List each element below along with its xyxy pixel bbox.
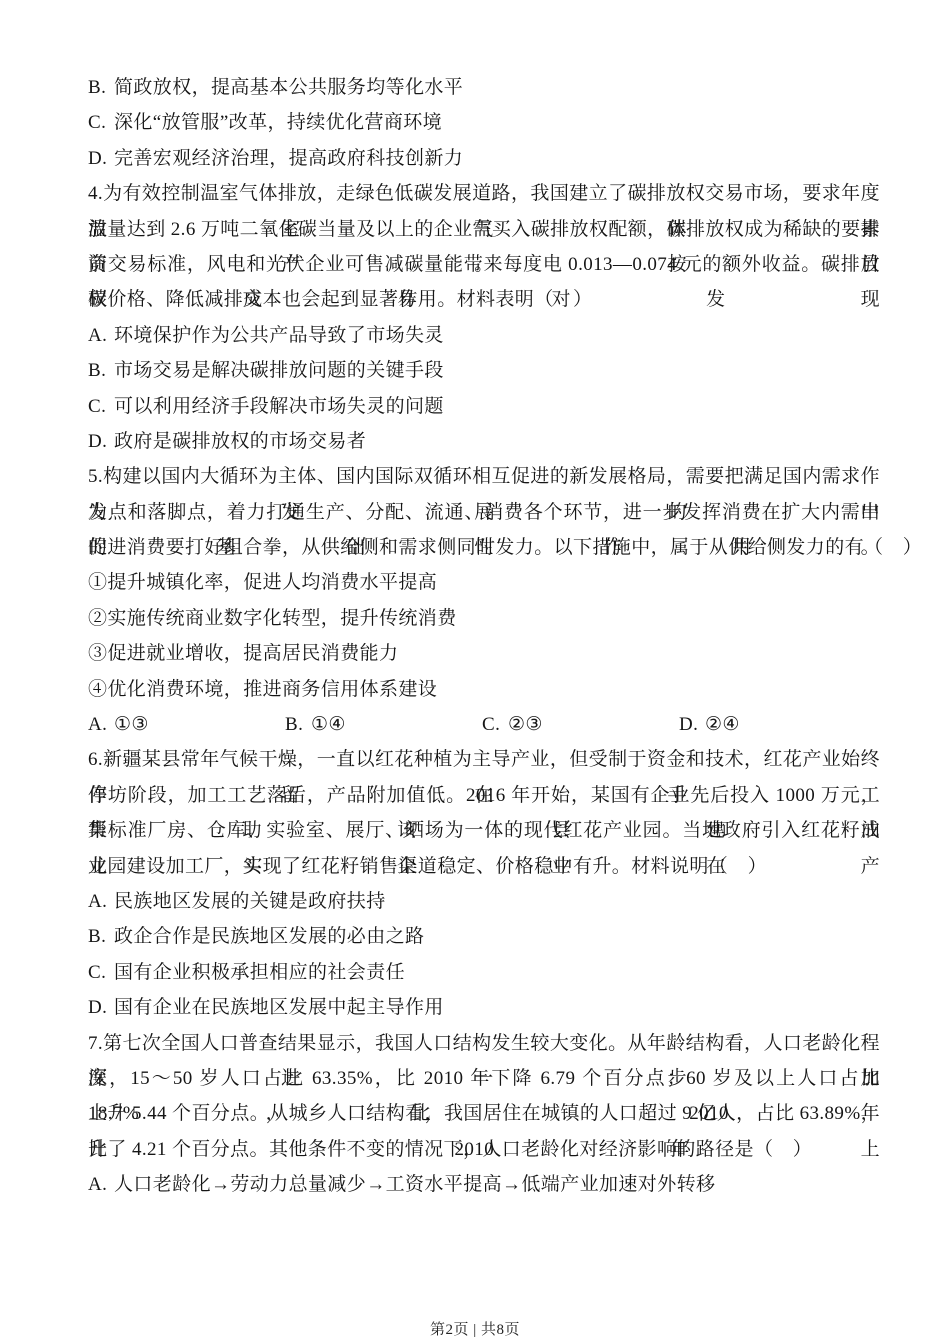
q4-option-b: B.市场交易是解决碳排放问题的关键手段	[88, 353, 880, 388]
q3-option-d: D.完善宏观经济治理，提高政府科技创新力	[88, 141, 880, 176]
q5-choice-row: A.①③ B.①④ C.②③ D.②④	[88, 707, 880, 742]
q6-option-d: D.国有企业在民族地区发展中起主导作用	[88, 990, 880, 1025]
q6-stem-line: 作坊阶段，加工工艺落后，产品附加值低。2016 年开始，某国有企业先后投入 10…	[88, 778, 880, 813]
q3-option-c: C.深化“放管服”改革，持续优化营商环境	[88, 105, 880, 140]
q4-option-c: C.可以利用经济手段解决市场失灵的问题	[88, 389, 880, 424]
option-text: 民族地区发展的关键是政府扶持	[114, 891, 386, 912]
q4-stem-line: 前交易标准，风电和光伏企业可售减碳量能带来每度电 0.013—0.074 元的额…	[88, 247, 880, 282]
q5-stem-line: 促进消费要打好组合拳，从供给侧和需求侧同时发力。以下措施中，属于从供给侧发力的有…	[88, 530, 880, 565]
q7-stem-line: 上升 5.44 个百分点。从城乡人口结构看，我国居住在城镇的人口超过 9 亿人，…	[88, 1096, 880, 1131]
option-text: 国有企业积极承担相应的社会责任	[114, 962, 405, 983]
q4-option-d: D.政府是碳排放权的市场交易者	[88, 424, 880, 459]
option-text: 国有企业在民族地区发展中起主导作用	[114, 997, 444, 1018]
q6-stem-line: 集标准厂房、仓库、实验室、展厅、晒场为一体的现代红花产业园。当地政府引入红花籽油…	[88, 813, 880, 848]
q4-stem-line: 4.为有效控制温室气体排放，走绿色低碳发展道路，我国建立了碳排放权交易市场，要求…	[88, 176, 880, 211]
option-label: B.	[285, 707, 311, 742]
q6-option-c: C.国有企业积极承担相应的社会责任	[88, 955, 880, 990]
q5-choice-c: C.②③	[482, 707, 679, 742]
option-label: B.	[88, 70, 114, 105]
option-label: A.	[88, 707, 114, 742]
q6-option-a: A.民族地区发展的关键是政府扶持	[88, 884, 880, 919]
q6-option-b: B.政企合作是民族地区发展的必由之路	[88, 919, 880, 954]
q7-option-a: A.人口老龄化→劳动力总量减少→工资水平提高→低端产业加速对外转移	[88, 1167, 880, 1202]
option-text: ①③	[114, 714, 149, 735]
option-label: B.	[88, 353, 114, 388]
q6-stem-line: 6.新疆某县常年气候干燥，一直以红花种植为主导产业，但受制于资金和技术，红花产业…	[88, 742, 880, 777]
q5-item-1: ①提升城镇化率，促进人均消费水平提高	[88, 565, 880, 600]
option-label: C.	[88, 389, 114, 424]
q7-stem-line: 深，15～50 岁人口占比 63.35%，比 2010 年下降 6.79 个百分…	[88, 1061, 880, 1096]
option-text: 政企合作是民族地区发展的必由之路	[114, 926, 424, 947]
q5-item-3: ③促进就业增收，提高居民消费能力	[88, 636, 880, 671]
option-text: 深化“放管服”改革，持续优化营商环境	[114, 112, 442, 133]
option-label: D.	[88, 424, 114, 459]
option-label: C.	[88, 105, 114, 140]
option-label: A.	[88, 884, 114, 919]
option-label: D.	[679, 707, 705, 742]
q4-stem-line: 放量达到 2.6 万吨二氧化碳当量及以上的企业需买入碳排放权配额，碳排放权成为稀…	[88, 212, 880, 247]
option-text: ①④	[311, 714, 346, 735]
option-label: B.	[88, 919, 114, 954]
q7-stem-line: 7.第七次全国人口普查结果显示，我国人口结构发生较大变化。从年龄结构看，人口老龄…	[88, 1026, 880, 1061]
option-label: D.	[88, 141, 114, 176]
q5-choice-a: A.①③	[88, 707, 285, 742]
option-label: C.	[482, 707, 508, 742]
option-text: 人口老龄化→劳动力总量减少→工资水平提高→低端产业加速对外转移	[114, 1174, 715, 1195]
q3-option-b: B.简政放权，提高基本公共服务均等化水平	[88, 70, 880, 105]
option-label: D.	[88, 990, 114, 1025]
option-text: 市场交易是解决碳排放问题的关键手段	[114, 360, 444, 381]
option-label: A.	[88, 1167, 114, 1202]
option-text: 简政放权，提高基本公共服务均等化水平	[114, 77, 463, 98]
q5-choice-d: D.②④	[679, 707, 740, 742]
option-label: C.	[88, 955, 114, 990]
page-content: B.简政放权，提高基本公共服务均等化水平 C.深化“放管服”改革，持续优化营商环…	[88, 70, 880, 1203]
q7-stem-line: 升了 4.21 个百分点。其他条件不变的情况下，人口老龄化对经济影响的路径是（ …	[88, 1132, 880, 1167]
option-text: 环境保护作为公共产品导致了市场失灵	[114, 325, 444, 346]
q5-item-4: ④优化消费环境，推进商务信用体系建设	[88, 672, 880, 707]
q5-stem-line: 5.构建以国内大循环为主体、国内国际双循环相互促进的新发展格局，需要把满足国内需…	[88, 459, 880, 494]
option-text: 完善宏观经济治理，提高政府科技创新力	[114, 148, 463, 169]
exam-document-page: { "document": { "prev_question_options":…	[0, 0, 950, 1344]
page-footer: 第2页 | 共8页	[0, 1318, 950, 1339]
q5-item-2: ②实施传统商业数字化转型，提升传统消费	[88, 601, 880, 636]
option-text: 可以利用经济手段解决市场失灵的问题	[114, 396, 444, 417]
option-text: ②④	[705, 714, 740, 735]
q5-stem-line: 发点和落脚点，着力打通生产、分配、流通、消费各个环节，进一步发挥消费在扩大内需中…	[88, 495, 880, 530]
q5-choice-b: B.①④	[285, 707, 482, 742]
option-text: ②③	[508, 714, 543, 735]
option-text: 政府是碳排放权的市场交易者	[114, 431, 366, 452]
q6-stem-line: 业园建设加工厂，实现了红花籽销售渠道稳定、价格稳中有升。材料说明（ ）	[88, 849, 880, 884]
option-label: A.	[88, 318, 114, 353]
q4-option-a: A.环境保护作为公共产品导致了市场失灵	[88, 318, 880, 353]
